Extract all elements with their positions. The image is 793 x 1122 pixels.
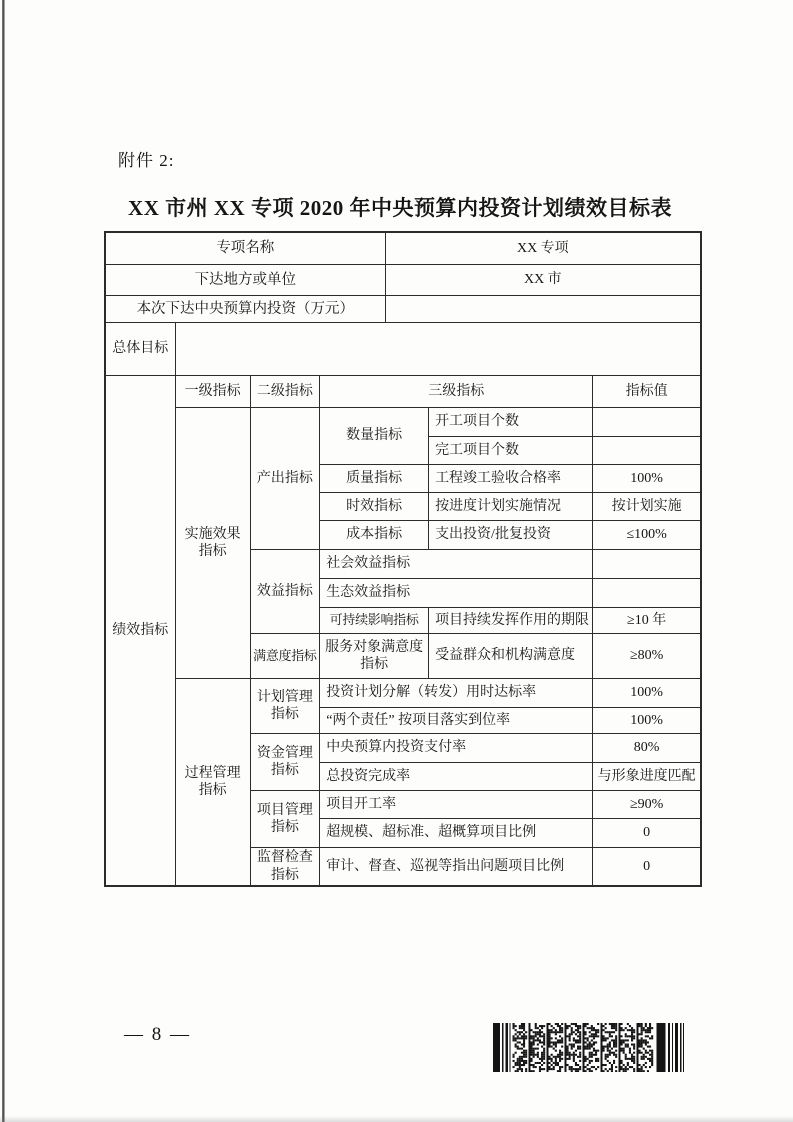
metric-schedule: 按进度计划实施情况 xyxy=(429,493,593,521)
metric-plan-split-rate-value: 100% xyxy=(593,679,701,708)
header-level3: 三级指标 xyxy=(320,376,593,408)
scan-edge-shadow xyxy=(2,0,5,1122)
level2-supervision: 监督检查 指标 xyxy=(250,848,320,886)
issued-to-label: 下达地方或单位 xyxy=(106,265,386,296)
indicator-table: 绩效指标 一级指标 二级指标 三级指标 指标值 实施效果 指标 产出指标 数量指… xyxy=(105,375,701,886)
metric-audit-issue-ratio: 审计、督查、巡视等指出问题项目比例 xyxy=(320,848,593,886)
level2-benefit: 效益指标 xyxy=(250,550,320,634)
info-row-project-name: 专项名称 XX 专项 xyxy=(106,233,701,265)
info-row-investment-amount: 本次下达中央预算内投资（万元） xyxy=(106,296,701,323)
metric-two-duties-rate: “两个责任” 按项目落实到位率 xyxy=(320,708,593,734)
table-row: 实施效果 指标 产出指标 数量指标 开工项目个数 xyxy=(106,408,701,437)
performance-target-table: 专项名称 XX 专项 下达地方或单位 XX 市 本次下达中央预算内投资（万元） … xyxy=(104,231,702,887)
metric-start-count-value xyxy=(593,408,701,437)
performance-indicator-side-label: 绩效指标 xyxy=(106,376,176,886)
investment-amount-value xyxy=(385,296,700,323)
level2-project: 项目管理 指标 xyxy=(250,791,320,848)
metric-social-benefit: 社会效益指标 xyxy=(320,550,593,579)
metric-schedule-value: 按计划实施 xyxy=(593,493,701,521)
metric-eco-benefit-value xyxy=(593,579,701,608)
level3-sustain: 可持续影响指标 xyxy=(320,608,429,634)
metric-sustain-period: 项目持续发挥作用的期限 xyxy=(429,608,593,634)
metric-total-completion-rate-value: 与形象进度匹配 xyxy=(593,763,701,791)
level2-fund: 资金管理 指标 xyxy=(250,734,320,791)
level3-timeliness: 时效指标 xyxy=(320,493,429,521)
level2-satisfaction: 满意度指标 xyxy=(250,634,320,679)
level3-quality: 质量指标 xyxy=(320,465,429,493)
metric-finish-count-value xyxy=(593,437,701,465)
metric-plan-split-rate: 投资计划分解（转发）用时达标率 xyxy=(320,679,593,708)
info-table: 专项名称 XX 专项 下达地方或单位 XX 市 本次下达中央预算内投资（万元） … xyxy=(105,232,701,376)
metric-total-completion-rate: 总投资完成率 xyxy=(320,763,593,791)
metric-over-scale-ratio: 超规模、超标准、超概算项目比例 xyxy=(320,819,593,848)
metric-beneficiary-satisfaction: 受益群众和机构满意度 xyxy=(429,634,593,679)
info-row-issued-to: 下达地方或单位 XX 市 xyxy=(106,265,701,296)
metric-start-rate-value: ≥90% xyxy=(593,791,701,819)
pdf417-barcode-icon xyxy=(493,1023,685,1072)
overall-goal-value xyxy=(175,323,700,376)
metric-over-scale-ratio-value: 0 xyxy=(593,819,701,848)
document-title: XX 市州 XX 专项 2020 年中央预算内投资计划绩效目标表 xyxy=(100,192,700,222)
header-value: 指标值 xyxy=(593,376,701,408)
metric-eco-benefit: 生态效益指标 xyxy=(320,579,593,608)
metric-beneficiary-satisfaction-value: ≥80% xyxy=(593,634,701,679)
table-row: 过程管理 指标 计划管理 指标 投资计划分解（转发）用时达标率 100% xyxy=(106,679,701,708)
overall-goal-label: 总体目标 xyxy=(106,323,176,376)
metric-quality-rate-value: 100% xyxy=(593,465,701,493)
investment-amount-label: 本次下达中央预算内投资（万元） xyxy=(106,296,386,323)
level1-process: 过程管理 指标 xyxy=(175,679,250,886)
metric-cost-ratio: 支出投资/批复投资 xyxy=(429,521,593,550)
level1-effect: 实施效果 指标 xyxy=(175,408,250,679)
scanned-document-page: 附件 2: XX 市州 XX 专项 2020 年中央预算内投资计划绩效目标表 专… xyxy=(0,0,793,1122)
header-level2: 二级指标 xyxy=(250,376,320,408)
level3-quantity: 数量指标 xyxy=(320,408,429,465)
issued-to-value: XX 市 xyxy=(385,265,700,296)
scan-bottom-shadow xyxy=(0,1116,793,1122)
metric-payment-rate-value: 80% xyxy=(593,734,701,763)
metric-audit-issue-ratio-value: 0 xyxy=(593,848,701,886)
indicator-header-row: 绩效指标 一级指标 二级指标 三级指标 指标值 xyxy=(106,376,701,408)
level3-service-satisfaction: 服务对象满意度 指标 xyxy=(320,634,429,679)
level2-plan: 计划管理 指标 xyxy=(250,679,320,734)
metric-finish-count: 完工项目个数 xyxy=(429,437,593,465)
metric-payment-rate: 中央预算内投资支付率 xyxy=(320,734,593,763)
header-level1: 一级指标 xyxy=(175,376,250,408)
attachment-label: 附件 2: xyxy=(118,146,174,171)
project-name-label: 专项名称 xyxy=(106,233,386,265)
level2-output: 产出指标 xyxy=(250,408,320,550)
metric-start-count: 开工项目个数 xyxy=(429,408,593,437)
metric-social-benefit-value xyxy=(593,550,701,579)
page-number: — 8 — xyxy=(124,1024,191,1046)
project-name-value: XX 专项 xyxy=(385,233,700,265)
metric-start-rate: 项目开工率 xyxy=(320,791,593,819)
overall-goal-row: 总体目标 xyxy=(106,323,701,376)
metric-sustain-period-value: ≥10 年 xyxy=(593,608,701,634)
metric-cost-ratio-value: ≤100% xyxy=(593,521,701,550)
metric-quality-rate: 工程竣工验收合格率 xyxy=(429,465,593,493)
level3-cost: 成本指标 xyxy=(320,521,429,550)
metric-two-duties-rate-value: 100% xyxy=(593,708,701,734)
